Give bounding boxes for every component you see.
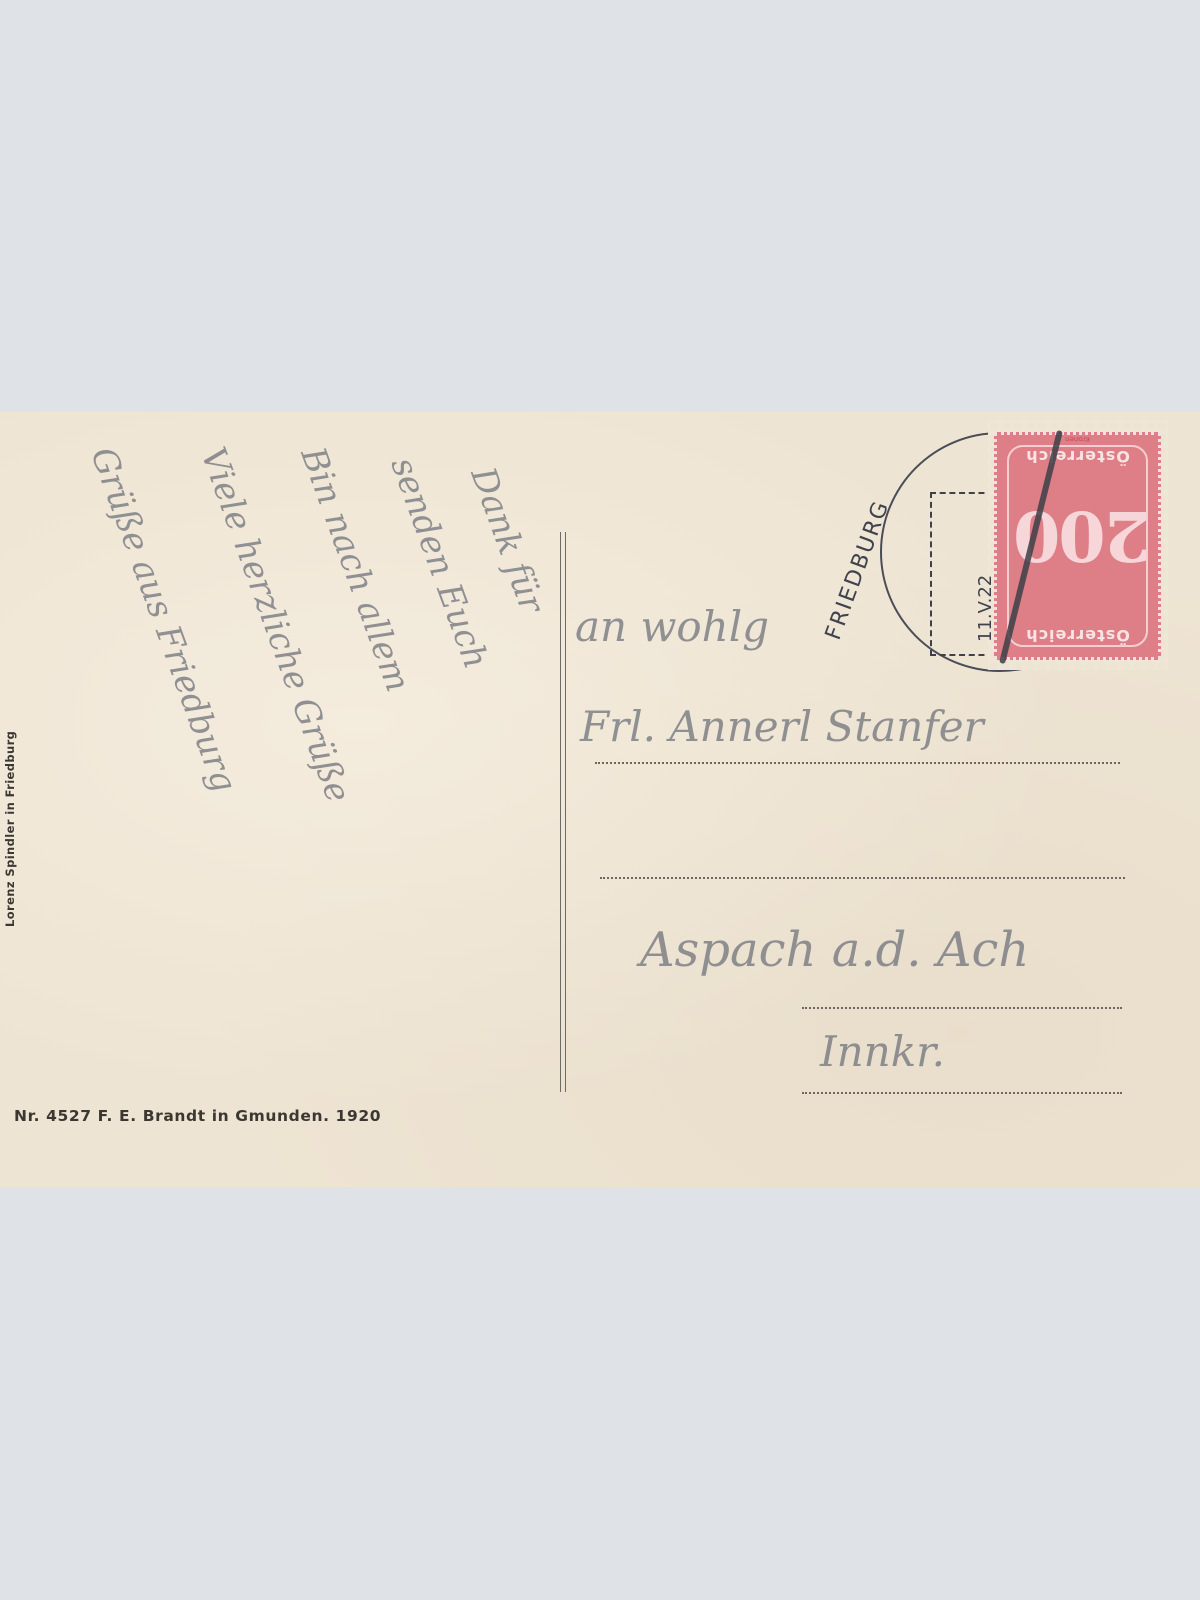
address-salutation: an wohlg: [575, 602, 769, 651]
center-divider-line-2: [565, 532, 566, 1092]
address-region: Innkr.: [820, 1027, 945, 1076]
handwritten-message-col5: Dank für: [462, 462, 551, 618]
photographer-credit: Lorenz Spindler in Friedburg: [3, 731, 17, 927]
address-line-2: [600, 877, 1125, 879]
postmark-date: 11.V.22: [975, 575, 996, 642]
stamp-face: Kronen Österreich 200 Österreich: [994, 432, 1161, 660]
address-line-3: [802, 1007, 1122, 1009]
stamp-country-bottom: Österreich: [997, 626, 1158, 645]
address-line-1: [595, 762, 1120, 764]
address-line-4: [802, 1092, 1122, 1094]
stamp-country-top: Österreich: [997, 447, 1158, 466]
address-town: Aspach a.d. Ach: [640, 922, 1029, 978]
postage-stamp: Kronen Österreich 200 Österreich: [988, 420, 1168, 670]
publisher-credit: Nr. 4527 F. E. Brandt in Gmunden. 1920: [14, 1107, 381, 1125]
center-divider-line: [560, 532, 561, 1092]
address-recipient: Frl. Annerl Stanfer: [580, 702, 984, 751]
postcard: Grüße aus Friedburg Viele herzliche Grüß…: [0, 412, 1200, 1187]
stamp-tiny-text: Kronen: [997, 435, 1158, 443]
